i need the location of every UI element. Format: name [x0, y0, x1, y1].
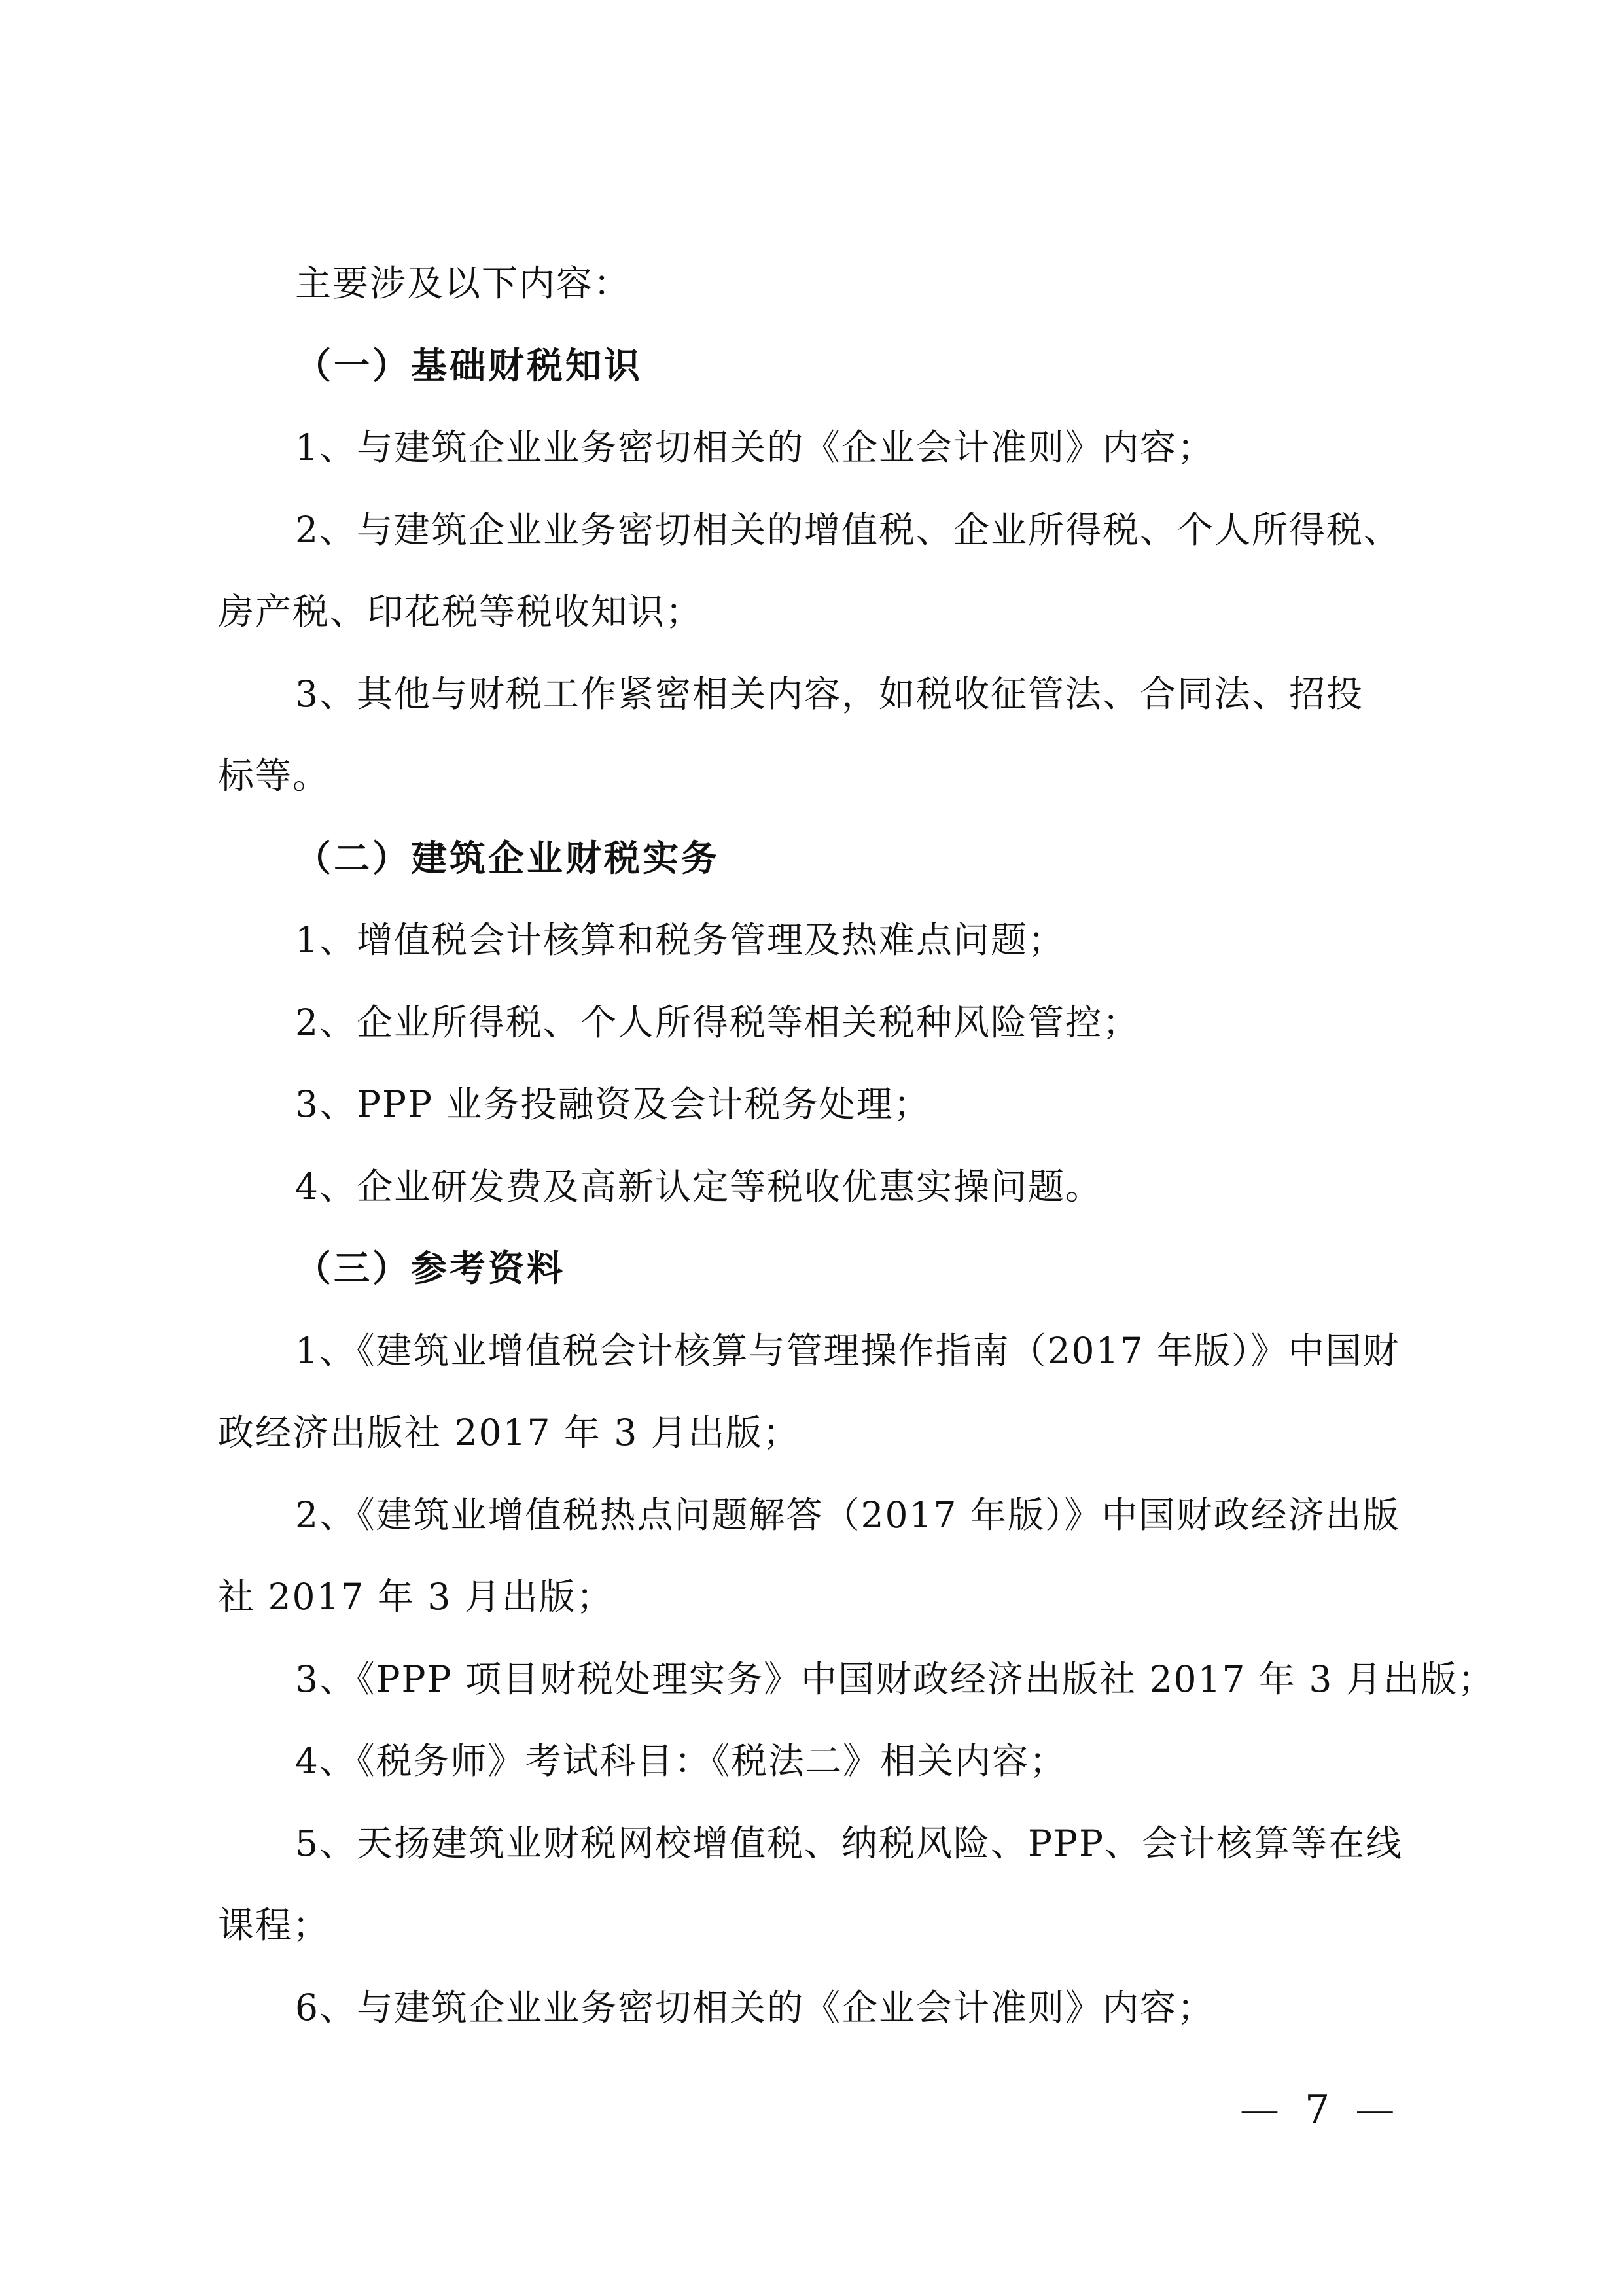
document-body: 主要涉及以下内容： （一）基础财税知识 1、与建筑企业业务密切相关的《企业会计准… [218, 258, 1410, 2064]
page-number: — 7 — [1240, 2087, 1401, 2132]
intro-paragraph: 主要涉及以下内容： [218, 258, 1410, 341]
list-item: 1、与建筑企业业务密切相关的《企业会计准则》内容； [218, 423, 1410, 505]
list-item: 3、《PPP 项目财税处理实务》中国财政经济出版社 2017 年 3 月出版； [218, 1654, 1410, 1737]
list-item-continuation: 社 2017 年 3 月出版； [218, 1572, 1410, 1654]
list-item: 4、《税务师》考试科目：《税法二》相关内容； [218, 1736, 1410, 1818]
document-page: 主要涉及以下内容： （一）基础财税知识 1、与建筑企业业务密切相关的《企业会计准… [0, 0, 1624, 2296]
list-item-continuation: 房产税、印花税等税收知识； [218, 587, 1410, 669]
list-item: 1、《建筑业增值税会计核算与管理操作指南（2017 年版）》中国财 [218, 1326, 1410, 1408]
list-item: 2、《建筑业增值税热点问题解答（2017 年版）》中国财政经济出版 [218, 1490, 1410, 1573]
section-heading-basic-knowledge: （一）基础财税知识 [218, 341, 1410, 423]
list-item-continuation: 课程； [218, 1900, 1410, 1983]
list-item: 2、与建筑企业业务密切相关的增值税、企业所得税、个人所得税、 [218, 505, 1410, 587]
section-heading-construction-tax-practice: （二）建筑企业财税实务 [218, 833, 1410, 916]
list-item: 1、增值税会计核算和税务管理及热难点问题； [218, 915, 1410, 998]
list-item: 6、与建筑企业业务密切相关的《企业会计准则》内容； [218, 1983, 1410, 2065]
list-item-continuation: 标等。 [218, 751, 1410, 833]
list-item: 3、PPP 业务投融资及会计税务处理； [218, 1079, 1410, 1162]
list-item: 4、企业研发费及高新认定等税收优惠实操问题。 [218, 1162, 1410, 1244]
list-item: 3、其他与财税工作紧密相关内容，如税收征管法、合同法、招投 [218, 669, 1410, 752]
section-heading-references: （三）参考资料 [218, 1244, 1410, 1326]
list-item: 5、天扬建筑业财税网校增值税、纳税风险、PPP、会计核算等在线 [218, 1818, 1410, 1901]
list-item-continuation: 政经济出版社 2017 年 3 月出版； [218, 1408, 1410, 1490]
list-item: 2、企业所得税、个人所得税等相关税种风险管控； [218, 998, 1410, 1080]
